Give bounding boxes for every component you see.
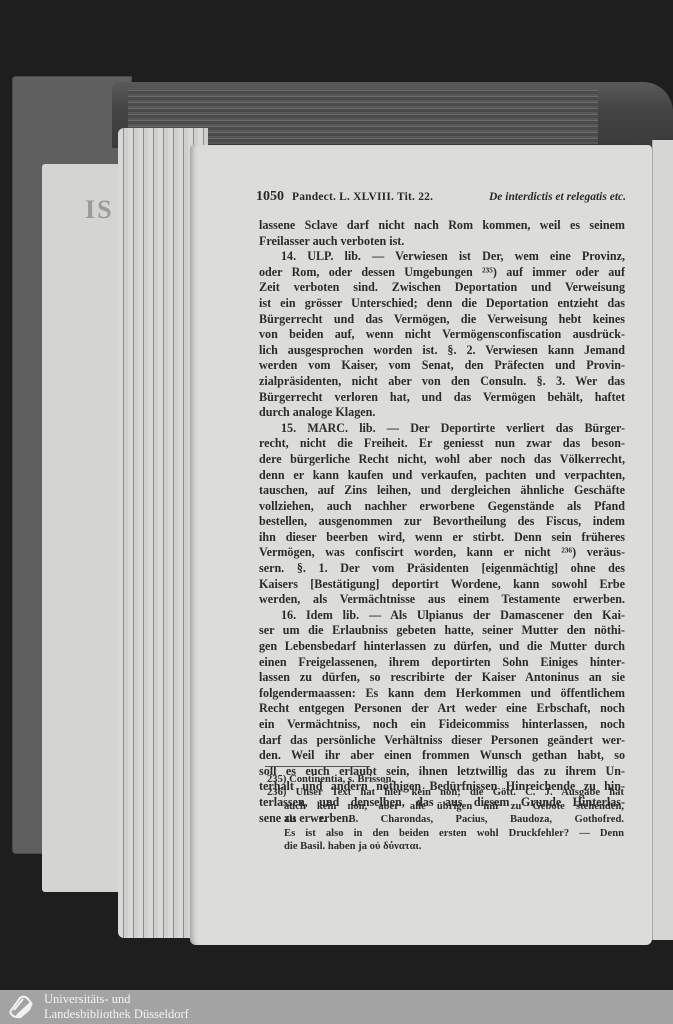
text-line: Bürgerrecht und das Vermögen, die Verwei… (259, 312, 625, 328)
text-line: lassene Sclave darf nicht nach Rom komme… (259, 218, 625, 234)
footnote-line: auch kein non, aber alle übrigen mir zu … (267, 800, 624, 813)
text-line: lassen zu dürfen, so rescribirte der Kai… (259, 670, 625, 686)
text-line: denn er kann kaufen und verkaufen, pacht… (259, 468, 625, 484)
cover-endpaper (42, 164, 130, 892)
footnote-235: 235) Continentia, s. Brisson. (267, 773, 624, 786)
page-header: 1050 Pandect. L. XLVIII. Tit. 22. De int… (256, 189, 626, 205)
text-line: Zeit verboten sind. Zwischen Deportation… (259, 280, 625, 296)
text-line: den. Weil ihr aber einen frommen Wunsch … (259, 748, 625, 764)
text-line: tauschen, auf Zins leihen, und dergleich… (259, 483, 625, 499)
footnote-line: Es ist also in den beiden ersten wohl Dr… (267, 827, 624, 840)
text-line: werden vom Kaiser, vom Senat, den Präfec… (259, 358, 625, 374)
library-footer: Universitäts- und Landesbibliothek Düsse… (0, 990, 673, 1024)
text-line: werden, als Vermächtnisse aus einem Test… (259, 592, 625, 608)
facing-page-edge (652, 140, 673, 940)
text-line: ist ein grösser Unterschied; denn die De… (259, 296, 625, 312)
library-name-line2: Landesbibliothek Düsseldorf (44, 1007, 189, 1022)
footnotes: 235) Continentia, s. Brisson. 236) Unser… (267, 773, 624, 853)
text-line: darf das persönliche Verhältniss dieser … (259, 733, 625, 749)
text-line: zialpräsidenten, nicht aber von den Cons… (259, 374, 625, 390)
library-name-line1: Universitäts- und (44, 992, 189, 1007)
text-line: 15. MARC. lib. — Der Deportirte verliert… (259, 421, 625, 437)
text-line: ihn dieser beerben wird, wenn er stirbt.… (259, 530, 625, 546)
text-line: bestellen, ausgenommen zur Bevortheilung… (259, 514, 625, 530)
text-line: Vermögen, was confiscirt worden, kann er… (259, 545, 625, 561)
text-line: sern. §. 1. Der vom Präsidenten [eigenmä… (259, 561, 625, 577)
book-page: 1050 Pandect. L. XLVIII. Tit. 22. De int… (190, 145, 652, 945)
text-line: recht, nicht die Freiheit. Er geniesst n… (259, 436, 625, 452)
text-line: 14. ULP. lib. — Verwiesen ist Der, wem e… (259, 249, 625, 265)
footnote-236: 236) Unser Text hat hier kein non; die G… (267, 786, 624, 799)
text-line: ser um die Erlaubniss gebeten hatte, sei… (259, 623, 625, 639)
book-logo-icon (4, 990, 38, 1024)
scan-scene: IS 1050 Pandect. L. XLVIII. Tit. 22. De … (0, 0, 673, 990)
text-line: 16. Idem lib. — Als Ulpianus der Damasce… (259, 608, 625, 624)
main-text: lassene Sclave darf nicht nach Rom komme… (259, 218, 625, 826)
library-name: Universitäts- und Landesbibliothek Düsse… (44, 992, 189, 1022)
text-line: einen Freigelassenen, ihrem deportirten … (259, 655, 625, 671)
text-line: ein Vermächtniss, noch ein Fideicommiss … (259, 717, 625, 733)
text-line: dere bürgerliche Recht nicht, wohl aber … (259, 452, 625, 468)
text-line: Freilasser auch verboten ist. (259, 234, 625, 250)
text-line: Bürgerrecht verloren hat, und das Vermög… (259, 390, 625, 406)
text-line: lich ausgesprochen worden ist. §. 2. Ver… (259, 343, 625, 359)
text-line: oder Rom, oder dessen Umgebungen ²³⁵) au… (259, 265, 625, 281)
text-line: vollziehen, auch nachher erworbene Gegen… (259, 499, 625, 515)
footnote-line: als z. B. Charondas, Pacius, Baudoza, Go… (267, 813, 624, 826)
book-cover (12, 76, 132, 854)
page-number: 1050 (256, 189, 284, 205)
text-line: von beiden auf, wenn nicht Vermögensconf… (259, 327, 625, 343)
running-title: De interdictis et relegatis etc. (489, 191, 626, 203)
footnote-rule (265, 766, 370, 767)
text-line: Recht entgegen Personen der Art weder ei… (259, 701, 625, 717)
text-line: durch analoge Klagen. (259, 405, 625, 421)
text-line: folgendermaassen: Es kann dem Herkommen … (259, 686, 625, 702)
running-head: Pandect. L. XLVIII. Tit. 22. (292, 191, 433, 203)
cover-ghost-text: IS (85, 195, 114, 225)
text-line: gen Lebensbedarf hinterlassen zu dürfen,… (259, 639, 625, 655)
footnote-line: die Basil. haben ja οὐ δύναται. (267, 840, 624, 853)
text-line: Kaisers [Bestätigung] deportirt Wordene,… (259, 577, 625, 593)
